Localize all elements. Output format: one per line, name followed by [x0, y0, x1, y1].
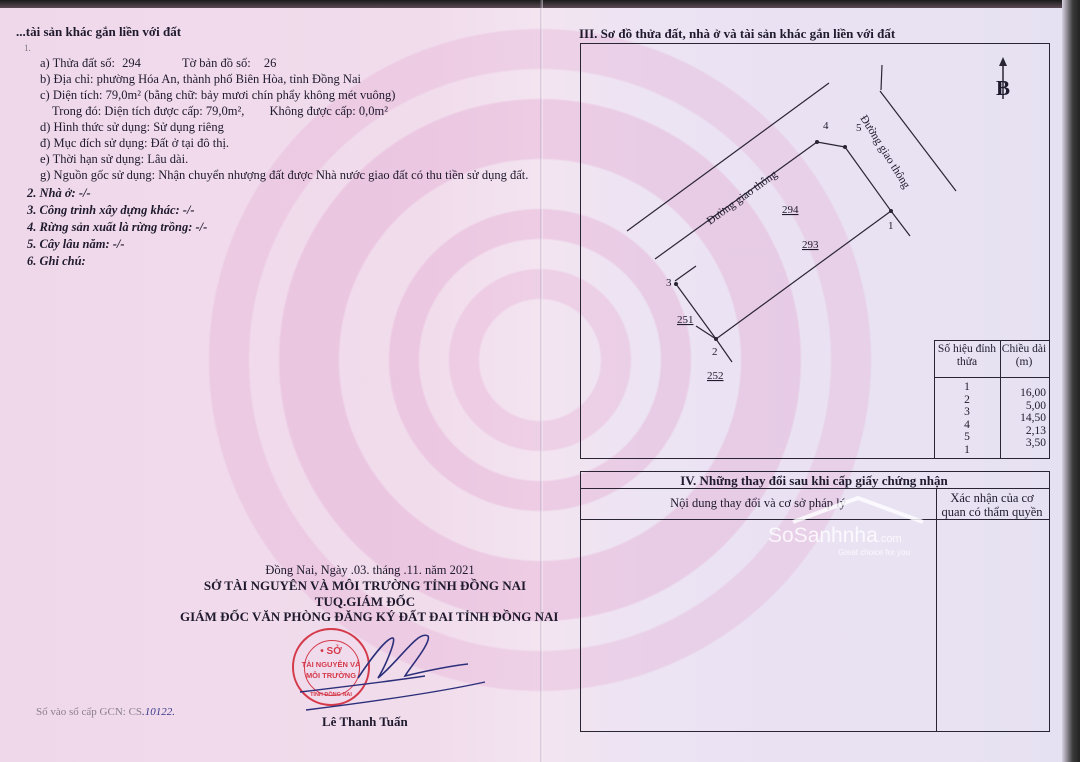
- parcel-294: 294: [782, 204, 799, 216]
- road-label-northwest: Đường giao thông: [705, 168, 780, 227]
- item1-marker: 1.: [24, 41, 31, 55]
- edge-length: 3,50: [1000, 436, 1046, 450]
- cert-book-number: Số vào sổ cấp GCN: CS.10122.: [36, 705, 175, 719]
- address: b) Địa chỉ: phường Hóa An, thành phố Biê…: [40, 72, 361, 86]
- page-fold: [540, 0, 543, 762]
- issuing-org: SỞ TÀI NGUYÊN VÀ MÔI TRƯỜNG TỈNH ĐỒNG NA…: [190, 579, 540, 593]
- parcel-251-label: 251: [677, 314, 694, 326]
- vertex-1: 1: [888, 220, 894, 232]
- usage-purpose: đ) Mục đích sử dụng: Đất ở tại đô thị.: [40, 136, 229, 150]
- area: c) Diện tích: 79,0m² (bằng chữ: bảy mươi…: [40, 88, 395, 102]
- signer-name: Lê Thanh Tuấn: [322, 715, 408, 729]
- svg-text:B: B: [996, 76, 1010, 100]
- issue-date: Đồng Nai, Ngày .03. tháng .11. năm 2021: [200, 563, 540, 577]
- signature-scribble: [290, 620, 490, 720]
- map-sheet-number: 26: [264, 56, 277, 70]
- on-behalf-of: TUQ.GIÁM ĐỐC: [190, 595, 540, 609]
- authority-confirmation-header: Xác nhận của cơ quan có thẩm quyền: [936, 491, 1048, 519]
- item-forest: 4. Rừng sản xuất là rừng trồng: -/-: [27, 220, 207, 234]
- parcel-252: 252: [707, 370, 724, 382]
- section3-title: III. Sơ đồ thửa đất, nhà ở và tài sản kh…: [579, 27, 895, 41]
- parcel-293: 293: [802, 239, 819, 251]
- watermark: SoSanhnha.com Great choice for you: [768, 524, 910, 557]
- vertex-4: 4: [823, 120, 829, 132]
- vertex-3: 3: [666, 277, 672, 289]
- edge-vertex: 1: [934, 443, 1000, 457]
- vertex-2: 2: [712, 346, 718, 358]
- header-vertex-id: Số hiệu đỉnh thửa: [934, 343, 1000, 369]
- parcel-number-label: a) Thửa đất số: 294 Tờ bản đồ số: 26: [40, 56, 276, 70]
- usage-form: d) Hình thức sử dụng: Sử dụng riêng: [40, 120, 224, 134]
- house-logo-icon: [788, 494, 928, 524]
- usage-origin: g) Nguồn gốc sử dụng: Nhận chuyển nhượng…: [40, 168, 528, 182]
- area-breakdown: Trong đó: Diện tích được cấp: 79,0m², Kh…: [52, 104, 388, 118]
- usage-term: e) Thời hạn sử dụng: Lâu dài.: [40, 152, 188, 166]
- item-notes: 6. Ghi chú:: [27, 254, 86, 268]
- item-house: 2. Nhà ở: -/-: [27, 186, 91, 200]
- left-section-title: ...tài sản khác gắn liền với đất: [16, 25, 181, 39]
- north-arrow-icon: B: [996, 57, 1010, 100]
- road-label-east: Đường giao thông: [857, 113, 912, 191]
- item-other-construction: 3. Công trình xây dựng khác: -/-: [27, 203, 195, 217]
- parcel-number: 294: [122, 56, 141, 70]
- section4-title: IV. Những thay đổi sau khi cấp giấy chứn…: [580, 474, 1048, 488]
- item-perennial-trees: 5. Cây lâu năm: -/-: [27, 237, 125, 251]
- header-length: Chiều dài (m): [1000, 343, 1048, 369]
- certificate-spread: ...tài sản khác gắn liền với đất 1. a) T…: [0, 0, 1080, 762]
- right-edge: [1062, 0, 1080, 762]
